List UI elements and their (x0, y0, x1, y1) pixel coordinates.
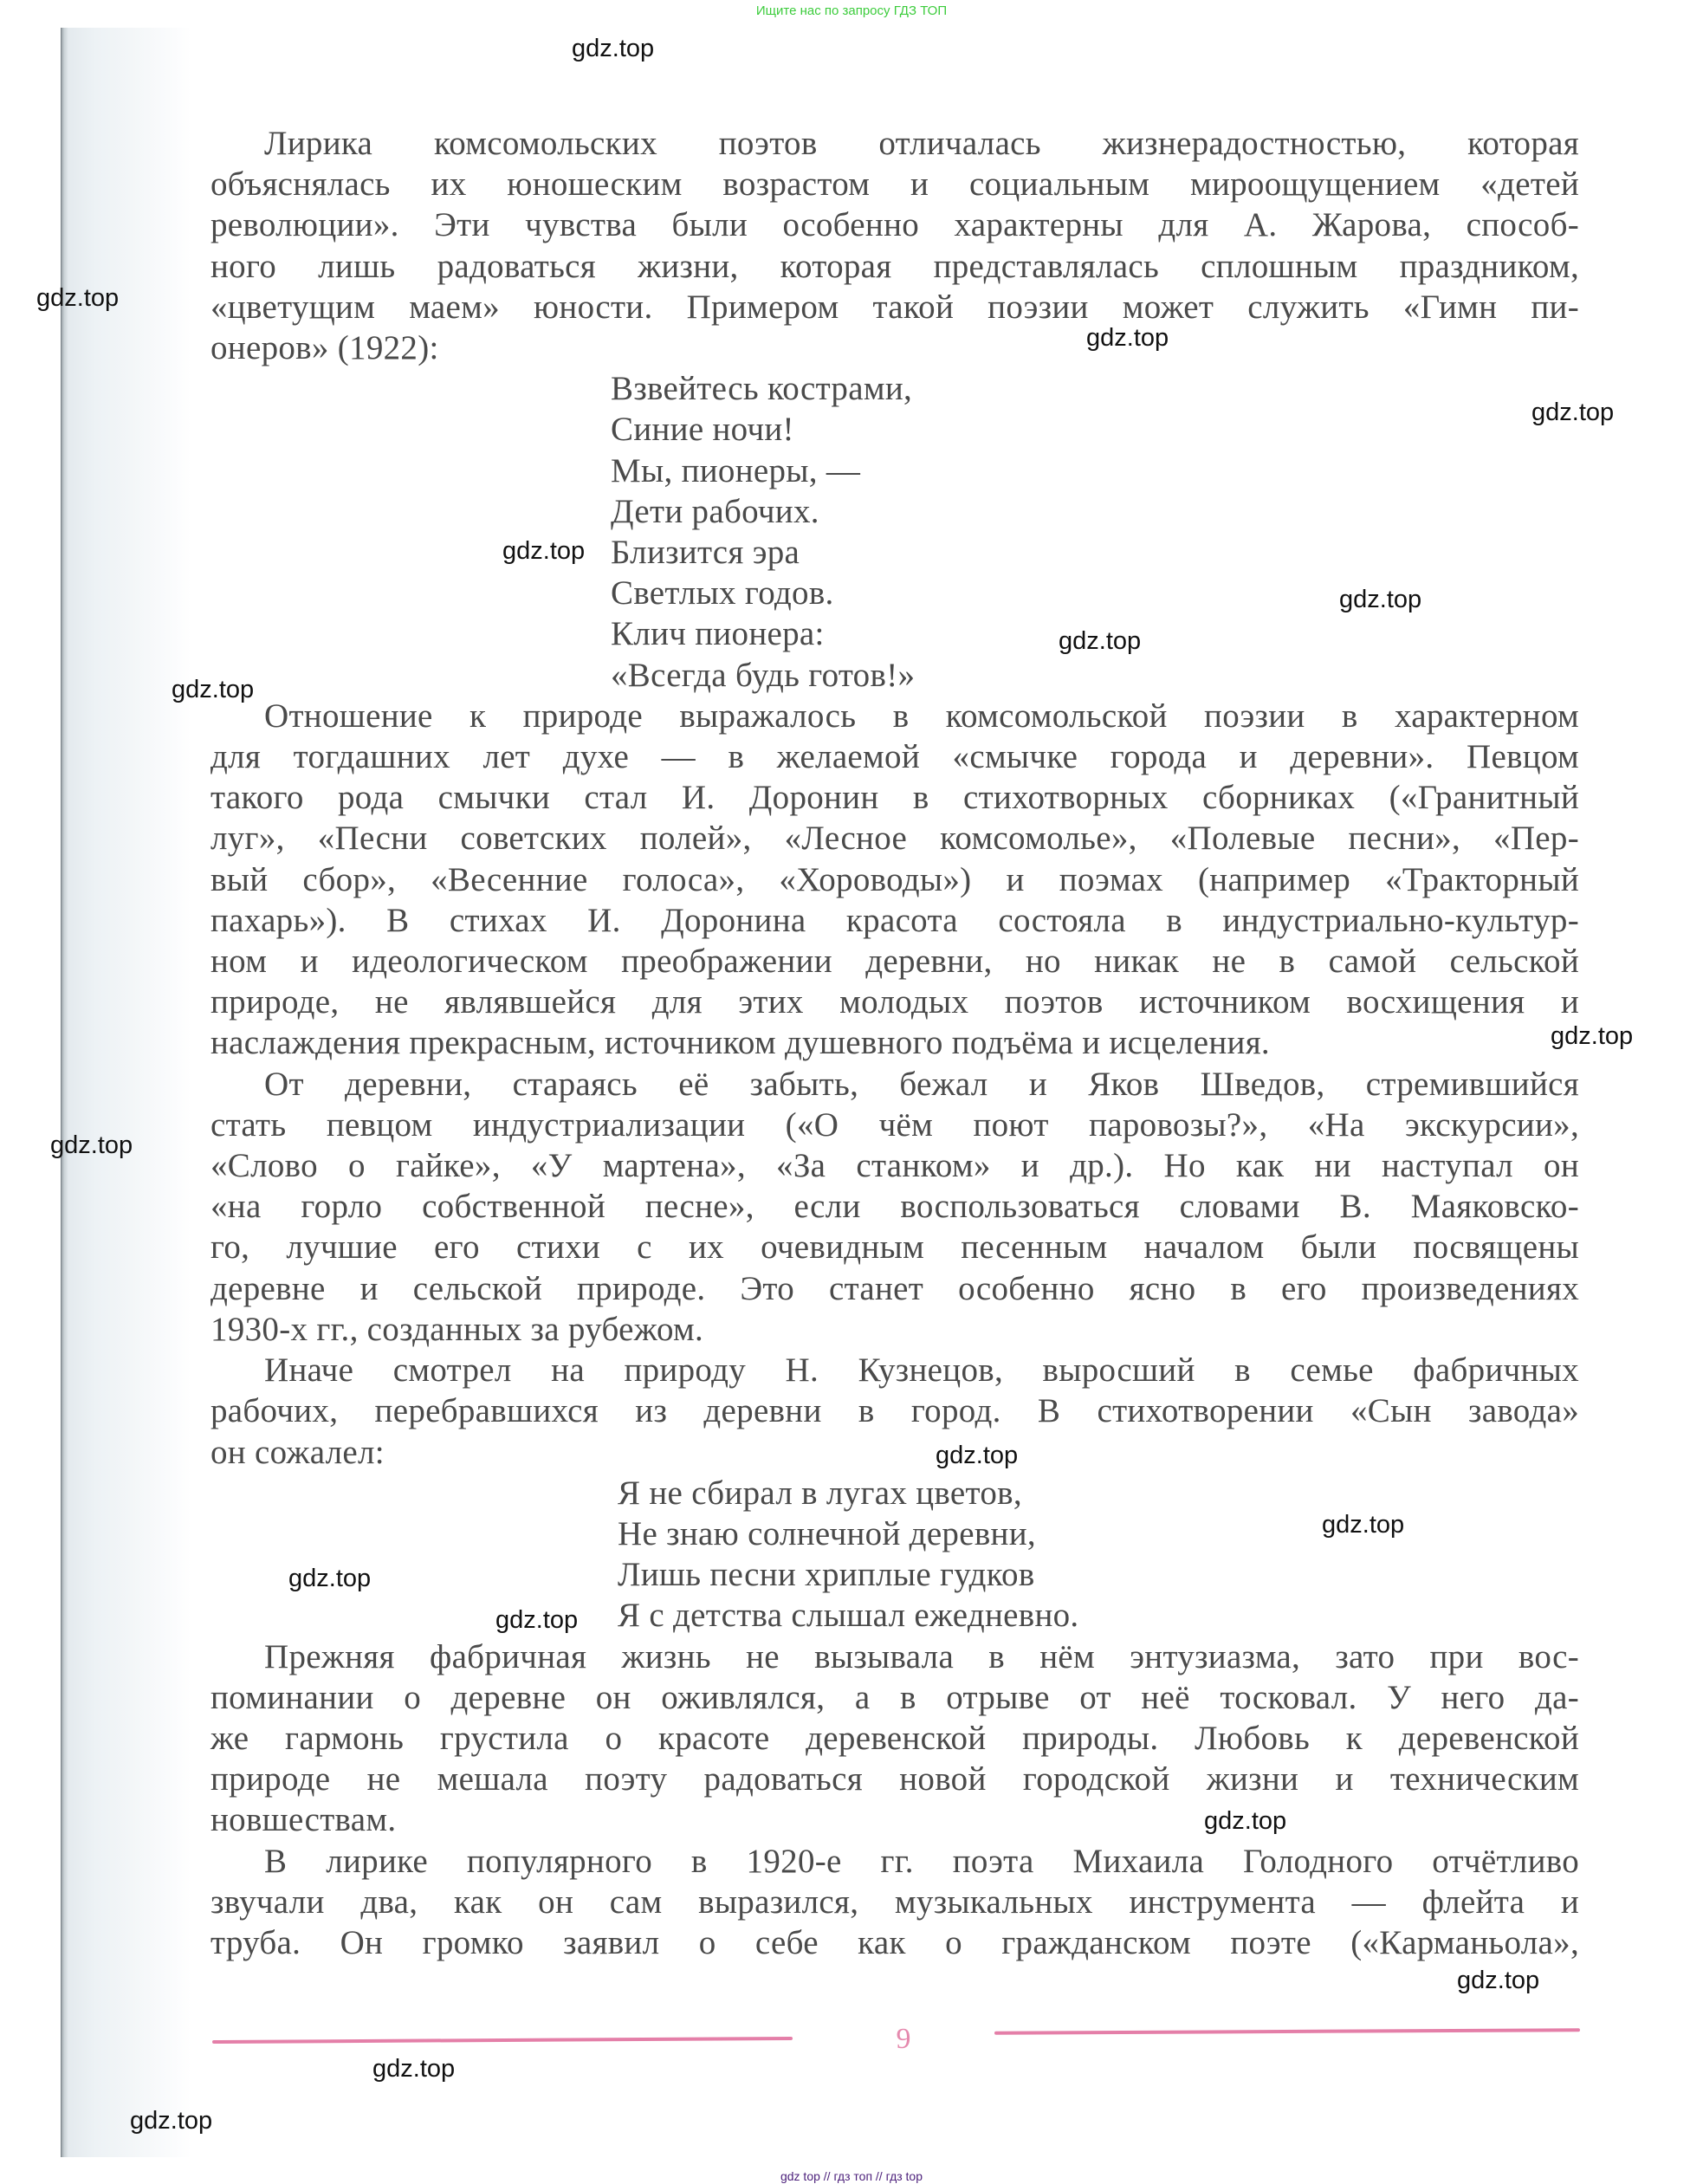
watermark: gdz.top (495, 1606, 578, 1635)
watermark: gdz.top (1339, 586, 1421, 614)
text-line: «Слово о гайке», «У мартена», «За станко… (210, 1145, 1579, 1186)
poem-line: Светлых годов. (611, 573, 1579, 613)
text-line: Прежняя фабричная жизнь не вызывала в нё… (210, 1636, 1579, 1677)
watermark: gdz.top (936, 1442, 1018, 1470)
poem-line: Близится эра (611, 532, 1579, 573)
text-line: рабочих, перебравшихся из деревни в горо… (210, 1390, 1579, 1431)
text-line: он сожалел: (210, 1432, 1579, 1473)
text-line: для тогдашних лет духе — в желаемой «смы… (210, 736, 1579, 777)
paragraph-5: Прежняя фабричная жизнь не вызывала в нё… (210, 1636, 1579, 1841)
text-line: го, лучшие его стихи с их очевидным песе… (210, 1227, 1579, 1267)
text-line: новшествам. (210, 1799, 1579, 1840)
book-spine-shadow (61, 28, 191, 2157)
footer-rule-right (994, 2028, 1580, 2035)
text-line: ном и идеологическом преображении деревн… (210, 941, 1579, 982)
poem-son-of-factory: Я не сбирал в лугах цветов, Не знаю солн… (210, 1473, 1579, 1636)
watermark: gdz.top (1204, 1807, 1286, 1836)
poem-line: Мы, пионеры, — (611, 450, 1579, 491)
poem-line: «Всегда будь готов!» (611, 655, 1579, 696)
text-line: природе, не являвшейся для этих молодых … (210, 982, 1579, 1022)
text-line: стать певцом индустриализации («О чём по… (210, 1105, 1579, 1145)
text-line: Лирика комсомольских поэтов отличалась ж… (210, 123, 1579, 164)
text-line: «на горло собственной песне», если воспо… (210, 1186, 1579, 1227)
watermark: gdz.top (130, 2107, 212, 2135)
text-line: вый сбор», «Весенние голоса», «Хороводы»… (210, 859, 1579, 900)
text-line: онеров» (1922): (210, 327, 1579, 368)
poem-line: Дети рабочих. (611, 491, 1579, 532)
text-line: такого рода смычки стал И. Доронин в сти… (210, 777, 1579, 818)
page-number: 9 (890, 2023, 916, 2056)
text-line: же гармонь грустила о красоте деревенско… (210, 1718, 1579, 1759)
text-line: труба. Он громко заявил о себе как о гра… (210, 1922, 1579, 1963)
poem-line: Взвейтесь кострами, (611, 368, 1579, 409)
watermark: gdz.top (1086, 324, 1169, 353)
paragraph-2: Отношение к природе выражалось в комсомо… (210, 696, 1579, 1064)
top-banner: Ищите нас по запросу ГДЗ ТОП (0, 3, 1703, 18)
paragraph-1: Лирика комсомольских поэтов отличалась ж… (210, 123, 1579, 368)
watermark: gdz.top (502, 537, 585, 566)
paragraph-6: В лирике популярного в 1920-е гг. поэта … (210, 1841, 1579, 1964)
text-line: наслаждения прекрасным, источником душев… (210, 1022, 1579, 1063)
watermark: gdz.top (572, 35, 654, 63)
watermark: gdz.top (1531, 399, 1614, 427)
watermark: gdz.top (50, 1131, 133, 1160)
watermark: gdz.top (172, 676, 254, 704)
page-body: Лирика комсомольских поэтов отличалась ж… (210, 123, 1579, 1963)
text-line: Иначе смотрел на природу Н. Кузнецов, вы… (210, 1350, 1579, 1390)
watermark: gdz.top (1059, 627, 1141, 656)
footer-rule-left (212, 2037, 793, 2044)
watermark: gdz.top (1322, 1511, 1404, 1539)
text-line: революции». Эти чувства были особенно ха… (210, 204, 1579, 245)
watermark: gdz.top (1551, 1022, 1633, 1051)
text-line: Отношение к природе выражалось в комсомо… (210, 696, 1579, 736)
watermark: gdz.top (372, 2055, 455, 2084)
poem-line: Синие ночи! (611, 409, 1579, 450)
text-line: луг», «Песни советских полей», «Лесное к… (210, 818, 1579, 859)
watermark: gdz.top (36, 284, 119, 313)
poem-line: Я не сбирал в лугах цветов, (618, 1473, 1579, 1513)
watermark: gdz.top (1457, 1967, 1539, 1995)
paragraph-4: Иначе смотрел на природу Н. Кузнецов, вы… (210, 1350, 1579, 1473)
poem-line: Не знаю солнечной деревни, (618, 1513, 1579, 1554)
text-line: объяснялась их юношеским возрастом и соц… (210, 164, 1579, 204)
poem-pioneers-hymn: Взвейтесь кострами, Синие ночи! Мы, пион… (210, 368, 1579, 696)
text-line: «цветущим маем» юности. Примером такой п… (210, 287, 1579, 327)
poem-line: Лишь песни хриплые гудков (618, 1554, 1579, 1595)
watermark: gdz.top (288, 1565, 371, 1593)
poem-line: Я с детства слышал ежедневно. (618, 1595, 1579, 1636)
text-line: пахарь»). В стихах И. Доронина красота с… (210, 900, 1579, 941)
text-line: звучали два, как он сам выразился, музык… (210, 1882, 1579, 1922)
text-line: В лирике популярного в 1920-е гг. поэта … (210, 1841, 1579, 1882)
text-line: 1930-х гг., созданных за рубежом. (210, 1309, 1579, 1350)
text-line: От деревни, стараясь её забыть, бежал и … (210, 1064, 1579, 1105)
bottom-banner: gdz top // гдз топ // гдз top (0, 2169, 1703, 2183)
paragraph-3: От деревни, стараясь её забыть, бежал и … (210, 1064, 1579, 1350)
text-line: поминании о деревне он оживлялся, а в от… (210, 1677, 1579, 1718)
text-line: деревне и сельской природе. Это станет о… (210, 1268, 1579, 1309)
text-line: ного лишь радоваться жизни, которая пред… (210, 246, 1579, 287)
text-line: природе не мешала поэту радоваться новой… (210, 1759, 1579, 1799)
